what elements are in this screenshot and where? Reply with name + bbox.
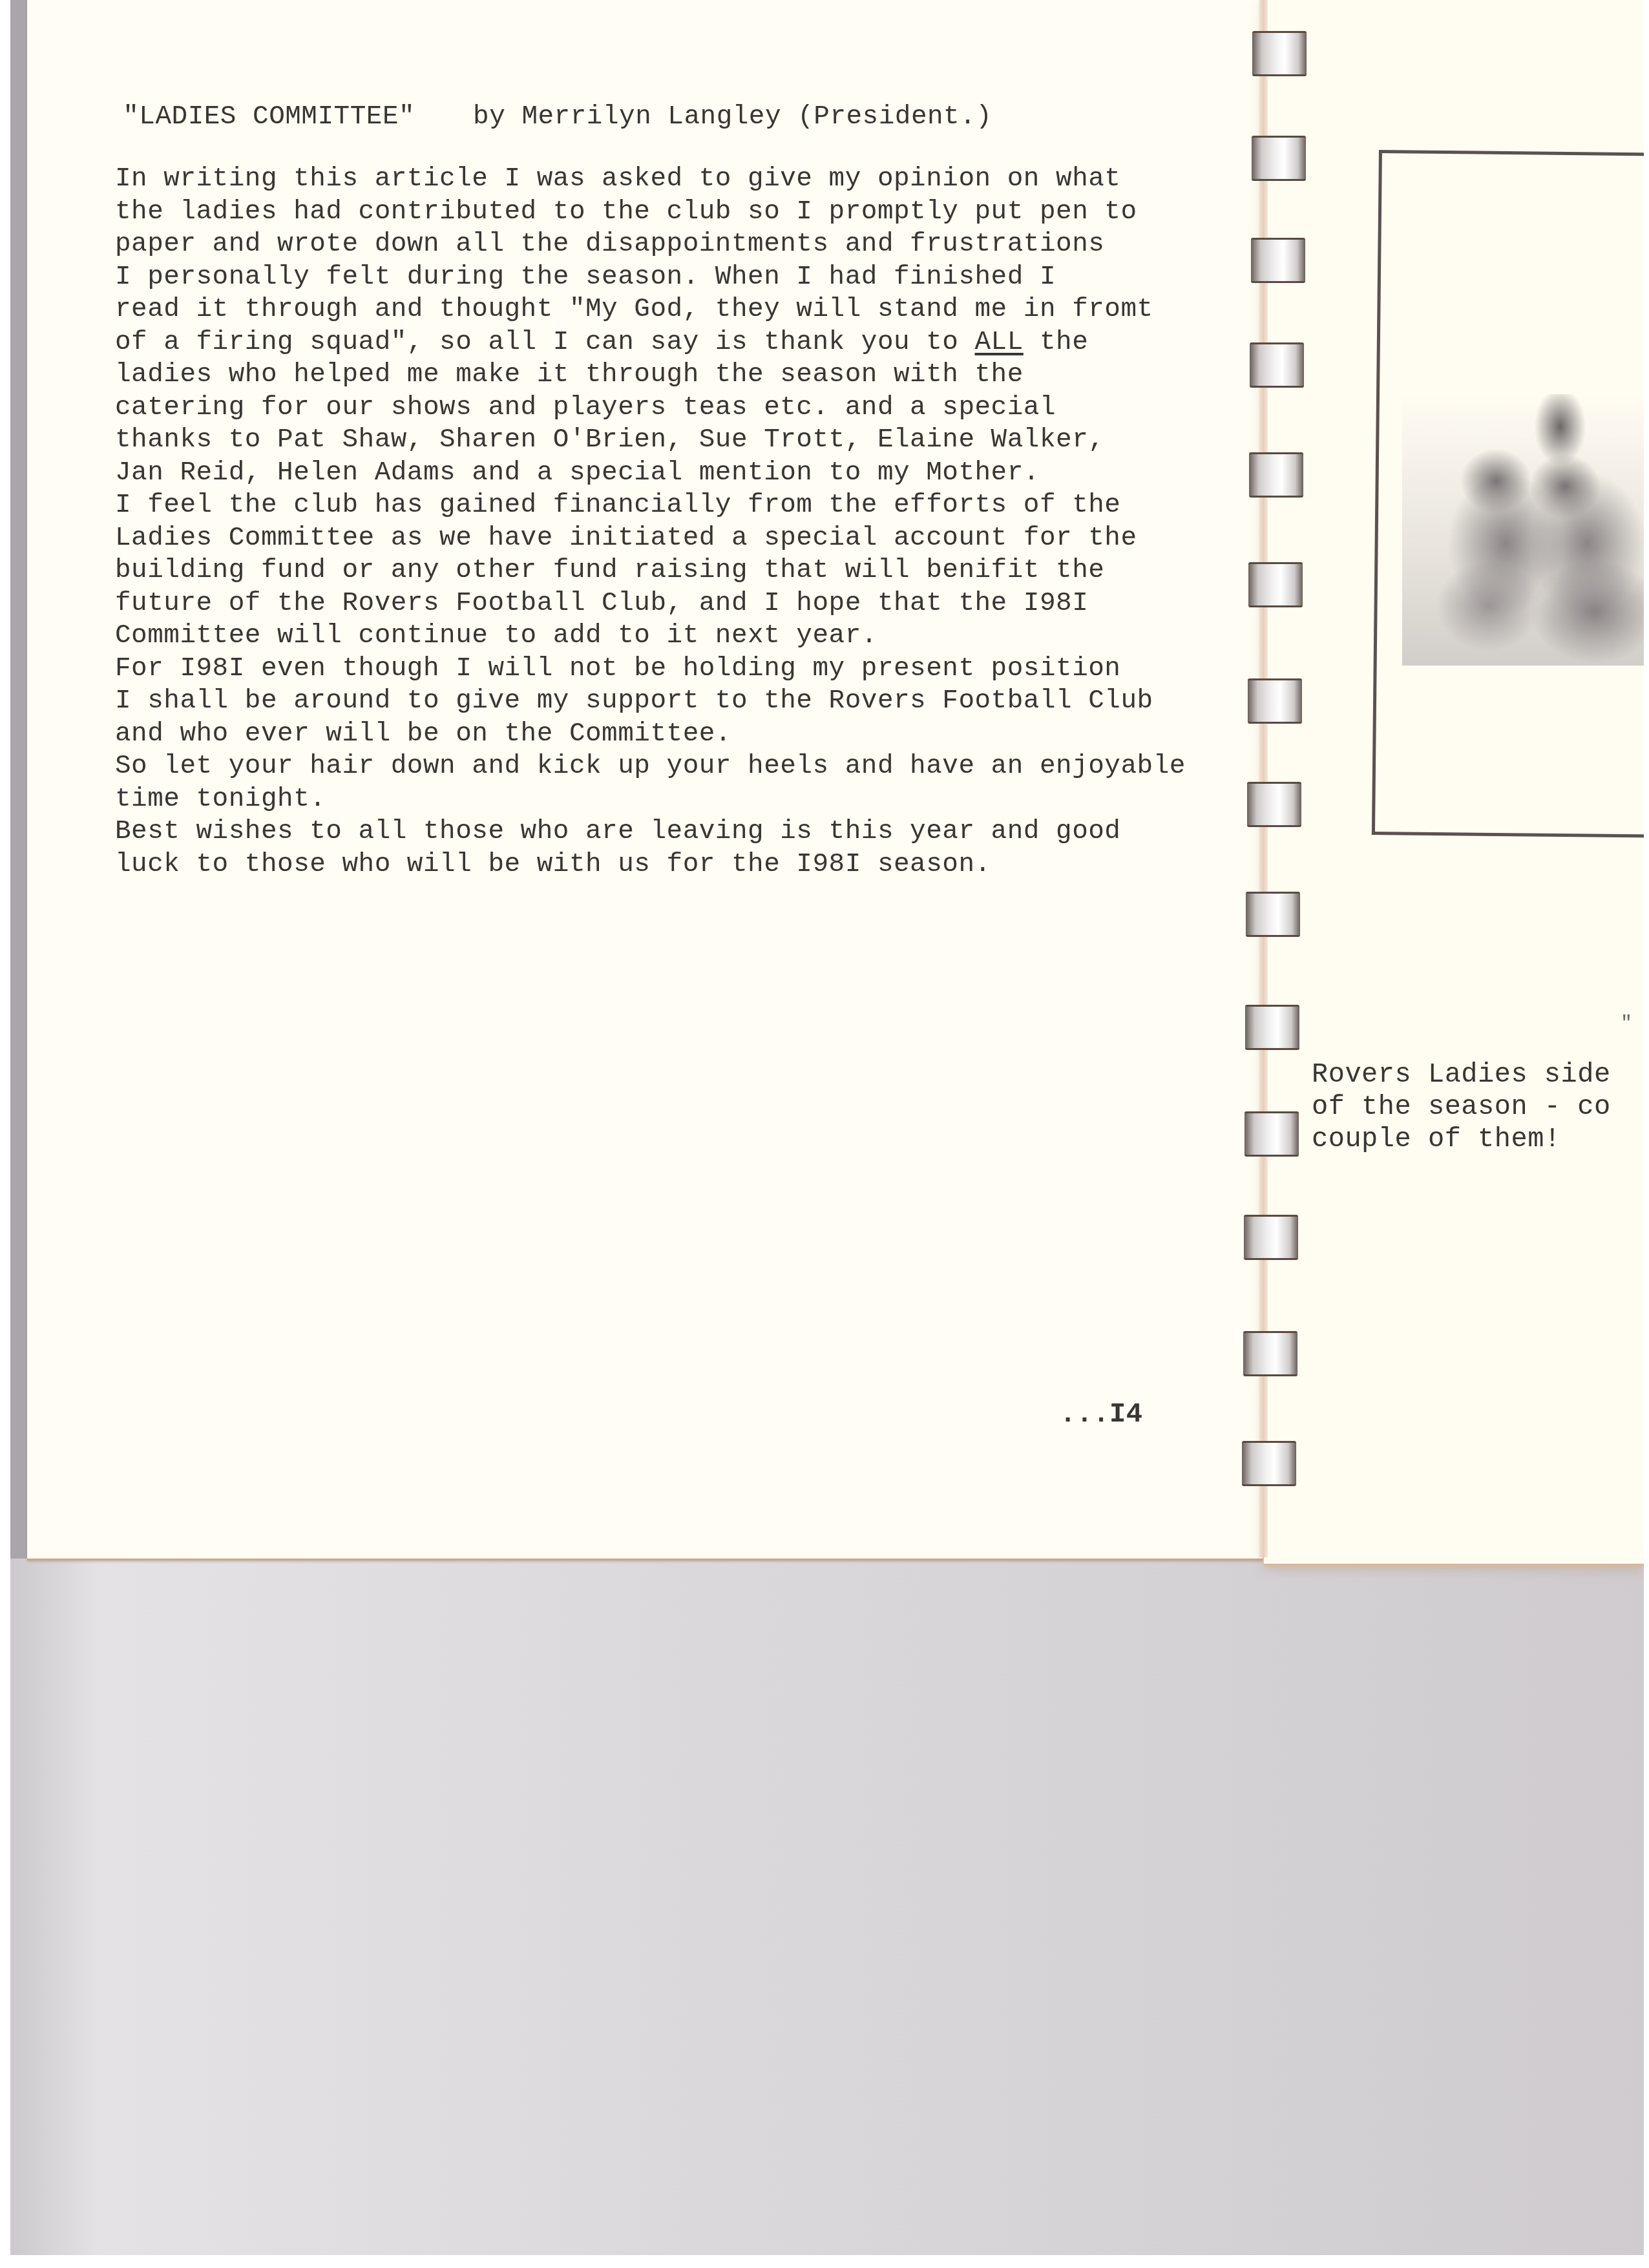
- article-line: luck to those who will be with us for th…: [115, 848, 1186, 881]
- binding-ring: [1252, 31, 1307, 76]
- article-line: the ladies had contributed to the club s…: [115, 196, 1186, 229]
- article-line: Committee will continue to add to it nex…: [115, 620, 1186, 653]
- article-body: In writing this article I was asked to g…: [115, 163, 1186, 881]
- caption-line: couple of them!: [1312, 1123, 1611, 1155]
- article-line: building fund or any other fund raising …: [115, 554, 1186, 587]
- page-edge-shadow: [10, 0, 27, 1559]
- article-heading: "LADIES COMMITTEE"by Merrilyn Langley (P…: [90, 72, 992, 132]
- article-line: I shall be around to give my support to …: [115, 685, 1186, 718]
- scan-margin-left: [0, 0, 10, 2268]
- article-line: Ladies Committee as we have initiated a …: [115, 522, 1186, 555]
- article-line: read it through and thought "My God, the…: [115, 293, 1186, 326]
- binding-ring: [1251, 238, 1305, 283]
- binding-ring: [1246, 892, 1300, 937]
- scan-margin-right: [1644, 0, 1649, 2268]
- article-line: of a firing squad", so all I can say is …: [115, 326, 1186, 359]
- binding-ring: [1248, 678, 1302, 724]
- article-line: thanks to Pat Shaw, Sharen O'Brien, Sue …: [115, 424, 1186, 457]
- article-byline: by Merrilyn Langley (President.): [473, 102, 992, 132]
- quote-mark: ": [1621, 1013, 1633, 1035]
- article-line: paper and wrote down all the disappointm…: [115, 228, 1186, 261]
- binding-ring: [1247, 782, 1301, 827]
- binding-ring: [1248, 562, 1303, 607]
- caption-line: of the season - co: [1312, 1091, 1611, 1123]
- article-line: Best wishes to all those who are leaving…: [115, 815, 1186, 848]
- article-line: In writing this article I was asked to g…: [115, 163, 1186, 196]
- binding-spine: [1259, 0, 1268, 1557]
- article-line: catering for our shows and players teas …: [115, 392, 1186, 425]
- article-line: I feel the club has gained financially f…: [115, 489, 1186, 522]
- binding-ring: [1249, 452, 1303, 498]
- article-line: So let your hair down and kick up your h…: [115, 750, 1186, 783]
- binding-ring: [1243, 1331, 1297, 1376]
- binding-ring: [1244, 1215, 1298, 1260]
- scan-margin-bottom: [0, 2255, 1649, 2268]
- photo-caption: Rovers Ladies sideof the season - cocoup…: [1312, 1058, 1611, 1155]
- binding-ring: [1245, 1005, 1299, 1050]
- binding-ring: [1252, 136, 1306, 181]
- binding-ring: [1250, 342, 1304, 388]
- page-number: ...I4: [1060, 1399, 1143, 1430]
- article-line: ladies who helped me make it through the…: [115, 359, 1186, 392]
- article-line: For I98I even though I will not be holdi…: [115, 653, 1186, 686]
- binding-ring: [1242, 1441, 1296, 1486]
- article-title: "LADIES COMMITTEE": [123, 102, 415, 132]
- article-line: time tonight.: [115, 783, 1186, 816]
- article-line: Jan Reid, Helen Adams and a special ment…: [115, 457, 1186, 490]
- article-line: I personally felt during the season. Whe…: [115, 261, 1186, 294]
- binding-ring: [1245, 1111, 1299, 1157]
- article-line: future of the Rovers Football Club, and …: [115, 587, 1186, 620]
- team-photo: [1402, 394, 1649, 666]
- article-line: and who ever will be on the Committee.: [115, 718, 1186, 751]
- caption-line: Rovers Ladies side: [1312, 1058, 1611, 1091]
